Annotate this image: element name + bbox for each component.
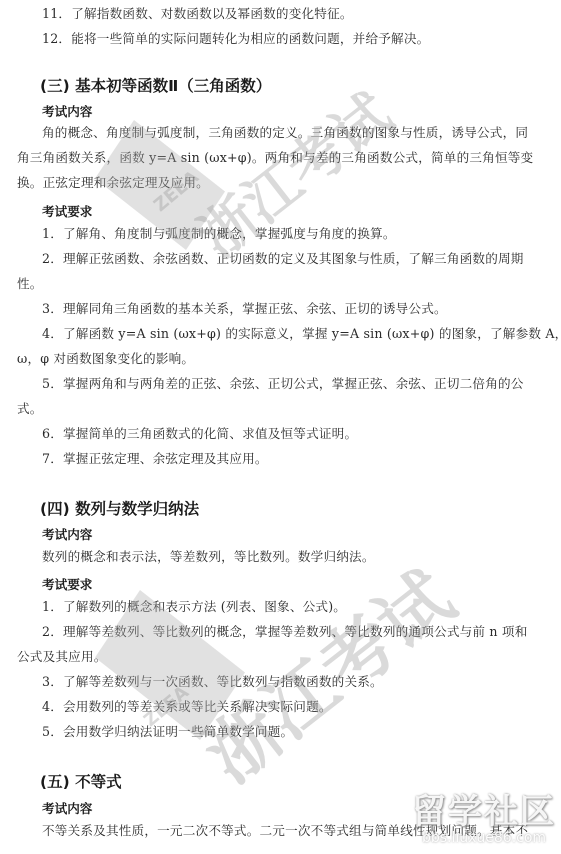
document-page: 11．了解指数函数、对数函数以及幂函数的变化特征。 12．能将一些简单的实际问题… bbox=[0, 0, 561, 854]
section-title-inequalities: (五) 不等式 bbox=[40, 770, 122, 792]
list-item: 5．会用数学归纳法证明一些简单数学问题。 bbox=[42, 724, 547, 740]
paragraph-line: 角三角函数关系，函数 y=A sin (ωx+φ)。两角和与差的三角函数公式，简… bbox=[17, 150, 547, 166]
section-title-trig: (三) 基本初等函数Ⅱ（三角函数） bbox=[40, 74, 271, 96]
list-item-continuation: ω，φ 对函数图象变化的影响。 bbox=[17, 351, 547, 367]
section-title-sequences: (四) 数列与数学归纳法 bbox=[40, 497, 199, 519]
paragraph-line: 换。正弦定理和余弦定理及应用。 bbox=[17, 175, 547, 191]
list-item: 1．了解数列的概念和表示方法 (列表、图象、公式)。 bbox=[42, 599, 547, 615]
list-item-continuation: 式。 bbox=[17, 401, 547, 417]
watermark-text: 浙江考试 bbox=[180, 543, 471, 802]
list-item: 11．了解指数函数、对数函数以及幂函数的变化特征。 bbox=[42, 6, 547, 22]
list-item-continuation: 公式及其应用。 bbox=[17, 649, 547, 665]
list-item: 2．理解正弦函数、余弦函数、正切函数的定义及其图象与性质，了解三角函数的周期 bbox=[42, 251, 547, 267]
list-item: 4．会用数列的等差关系或等比关系解决实际问题。 bbox=[42, 699, 547, 715]
requirements-heading: 考试要求 bbox=[42, 201, 92, 220]
list-item: 4．了解函数 y=A sin (ωx+φ) 的实际意义，掌握 y=A sin (… bbox=[42, 326, 547, 342]
content-heading: 考试内容 bbox=[42, 524, 92, 543]
list-item: 12．能将一些简单的实际问题转化为相应的函数问题，并给予解决。 bbox=[42, 31, 547, 47]
content-heading: 考试内容 bbox=[42, 101, 92, 120]
list-item: 2．理解等差数列、等比数列的概念，掌握等差数列、等比数列的通项公式与前 n 项和 bbox=[42, 624, 547, 640]
requirements-heading: 考试要求 bbox=[42, 574, 92, 593]
list-item: 3．理解同角三角函数的基本关系，掌握正弦、余弦、正切的诱导公式。 bbox=[42, 301, 547, 317]
paragraph-line: 角的概念、角度制与弧度制，三角函数的定义。三角函数的图象与性质，诱导公式，同 bbox=[42, 125, 547, 141]
list-item: 5．掌握两角和与两角差的正弦、余弦、正切公式，掌握正弦、余弦、正切二倍角的公 bbox=[42, 376, 547, 392]
paragraph-line: 数列的概念和表示法，等差数列，等比数列。数学归纳法。 bbox=[42, 549, 547, 565]
list-item: 3．了解等差数列与一次函数、等比数列与指数函数的关系。 bbox=[42, 674, 547, 690]
list-item: 7．掌握正弦定理、余弦定理及其应用。 bbox=[42, 451, 547, 467]
list-item: 1．了解角、角度制与弧度制的概念，掌握弧度与角度的换算。 bbox=[42, 226, 547, 242]
paragraph-line: 不等关系及其性质，一元二次不等式。二元一次不等式组与简单线性规划问题。基本不 bbox=[42, 823, 547, 839]
list-item-continuation: 性。 bbox=[17, 276, 547, 292]
content-heading: 考试内容 bbox=[42, 798, 92, 817]
watermark-text: 浙江考试 bbox=[180, 72, 406, 273]
list-item: 6．掌握简单的三角函数式的化简、求值及恒等式证明。 bbox=[42, 426, 547, 442]
